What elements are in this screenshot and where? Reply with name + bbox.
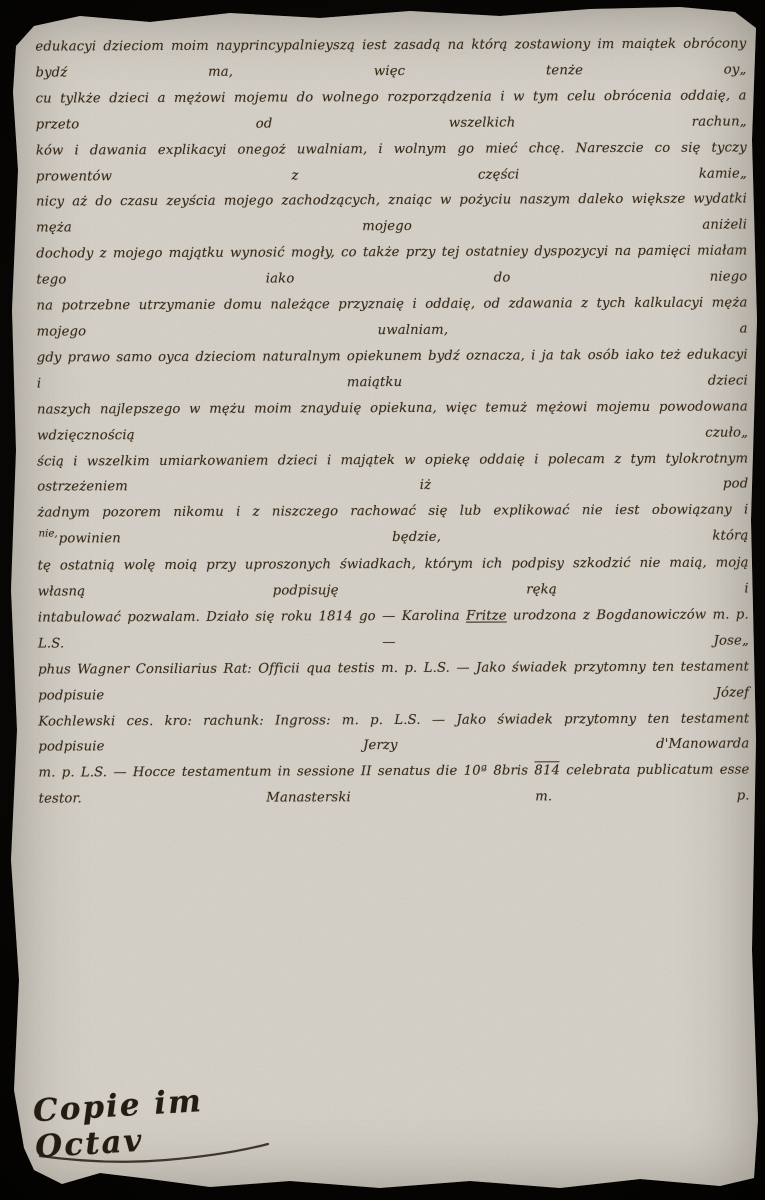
line-text: nicy aż do czasu zeyścia mojego zachodzą… [36, 192, 747, 236]
manuscript-line: ków i dawania explikacyi onegoż uwalniam… [36, 135, 747, 190]
line-text: phus Wagner Consiliarius Rat: Officii qu… [38, 659, 749, 703]
line-text: cu tylkże dzieci a mężowi mojemu do woln… [36, 88, 747, 132]
line-text: gdy prawo samo oyca dzieciom naturalnym … [37, 347, 748, 391]
manuscript-line: na potrzebne utrzymanie domu należące pr… [36, 291, 747, 346]
manuscript-line: tę ostatnią wolę moią przy uproszonych ś… [38, 551, 749, 606]
archival-annotation: Copie im Octav [34, 1086, 274, 1166]
manuscript-line: Kochlewski ces. kro: rachunk: Ingross: m… [38, 706, 749, 761]
manuscript-line: naszych najlepszego w mężu moim znayduię… [37, 394, 748, 449]
line-text: ków i dawania explikacyi onegoż uwalniam… [36, 140, 747, 184]
emphasized-word: Fritze [466, 608, 507, 623]
manuscript-line: phus Wagner Consiliarius Rat: Officii qu… [38, 654, 749, 709]
manuscript-line: nicy aż do czasu zeyścia mojego zachodzą… [36, 187, 747, 242]
manuscript-line: edukacyi dzieciom moim nayprincypalnieys… [35, 31, 746, 86]
manuscript-line: gdy prawo samo oyca dzieciom naturalnym … [37, 342, 748, 397]
line-text: żadnym pozorem nikomu i z niszczego rach… [37, 503, 748, 521]
line-text: ścią i wszelkim umiarkowaniem dzieci i m… [37, 451, 748, 495]
line-text: na potrzebne utrzymanie domu należące pr… [36, 296, 747, 340]
line-text: Kochlewski ces. kro: rachunk: Ingross: m… [38, 711, 749, 755]
manuscript-line: ścią i wszelkim umiarkowaniem dzieci i m… [37, 446, 748, 501]
paper-sheet: edukacyi dzieciom moim nayprincypalnieys… [0, 0, 765, 1200]
line-text: dochody z mojego majątku wynosić mogły, … [36, 244, 747, 288]
scan-background: edukacyi dzieciom moim nayprincypalnieys… [0, 0, 765, 1200]
line-text: edukacyi dzieciom moim nayprincypalnieys… [35, 36, 746, 80]
manuscript-line: żadnym pozorem nikomu i z niszczego rach… [37, 498, 748, 554]
interlinear-insertion: nie, [38, 521, 57, 547]
manuscript-line: cu tylkże dzieci a mężowi mojemu do woln… [36, 83, 747, 138]
manuscript-text: edukacyi dzieciom moim nayprincypalnieys… [35, 31, 749, 812]
line-text: tę ostatnią wolę moią przy uproszonych ś… [38, 556, 749, 600]
line-text: intabulować pozwalam. Działo się roku 18… [38, 609, 466, 626]
line-text: naszych najlepszego w mężu moim znayduię… [37, 399, 748, 443]
line-text: powinien będzie, którą [59, 529, 749, 547]
annotation-underline-flourish [36, 1138, 272, 1164]
manuscript-line: m. p. L.S. — Hocce testamentum in sessio… [38, 758, 749, 813]
emphasized-word: 814 [534, 762, 560, 779]
line-text: m. p. L.S. — Hocce testamentum in sessio… [38, 764, 534, 781]
manuscript-line: intabulować pozwalam. Działo się roku 18… [38, 602, 749, 657]
manuscript-line: dochody z mojego majątku wynosić mogły, … [36, 239, 747, 294]
